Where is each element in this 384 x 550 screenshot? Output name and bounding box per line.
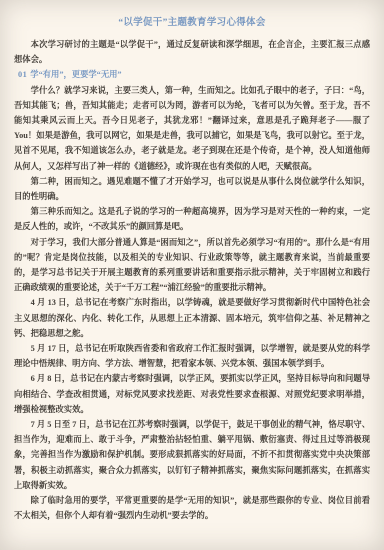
section-number: 01 — [18, 70, 27, 79]
paragraph: 6 月 8 日，总书记在内蒙古考察时强调，以学正风，要抓实以学正风，坚持目标导向… — [14, 371, 370, 417]
document-body: 本次学习研讨的主题是“以学促干”，通过反复研读和深学细思，在企言企，主要汇报三点… — [14, 37, 370, 524]
paragraph: 7 月 5 日至 7 日，总书记在江苏考察时强调，以学促干，鼓足干事创业的精气神… — [14, 417, 370, 493]
paragraph: 5 月 17 日，总书记在听取陕西省委和省政府工作汇报时强调，以学增智，就是要从… — [14, 341, 370, 371]
paragraph: 除了临时急用的要学，平常更重要的是学“无用的知识”，就是那些跟你的专业、岗位目前… — [14, 493, 370, 523]
paragraph: 第三种乐而知之。这是孔子说的学习的一种超高境界，因为学习是对天性的一种约束，一定… — [14, 204, 370, 234]
paragraph: 4 月 13 日，总书记在考察广东时指出，以学铸魂，就是要做好学习贯彻新时代中国… — [14, 295, 370, 341]
intro-paragraph: 本次学习研讨的主题是“以学促干”，通过反复研读和深学细思，在企言企，主要汇报三点… — [14, 37, 370, 67]
paragraph: 对于学习，我们大部分普通人算是“困而知之”，所以首先必须学习“有用的”。那什么是… — [14, 235, 370, 296]
document-page: “以学促干”主题教育学习心得体会 本次学习研讨的主题是“以学促干”，通过反复研读… — [0, 0, 384, 550]
paragraph: 第二种，困而知之。遇见难题不懂了才开始学习，也可以说是从事什么岗位就学什么知识，… — [14, 174, 370, 204]
section-heading: 01学“有用”，更要学“无用” — [14, 67, 370, 82]
paragraph: 学什么？就学习来说，主要三类人，第一种，生而知之。比如孔子眼中的老子，子曰：“鸟… — [14, 83, 370, 174]
section-title: 学“有用”，更要学“无用” — [30, 70, 121, 79]
document-title: “以学促干”主题教育学习心得体会 — [14, 16, 370, 30]
